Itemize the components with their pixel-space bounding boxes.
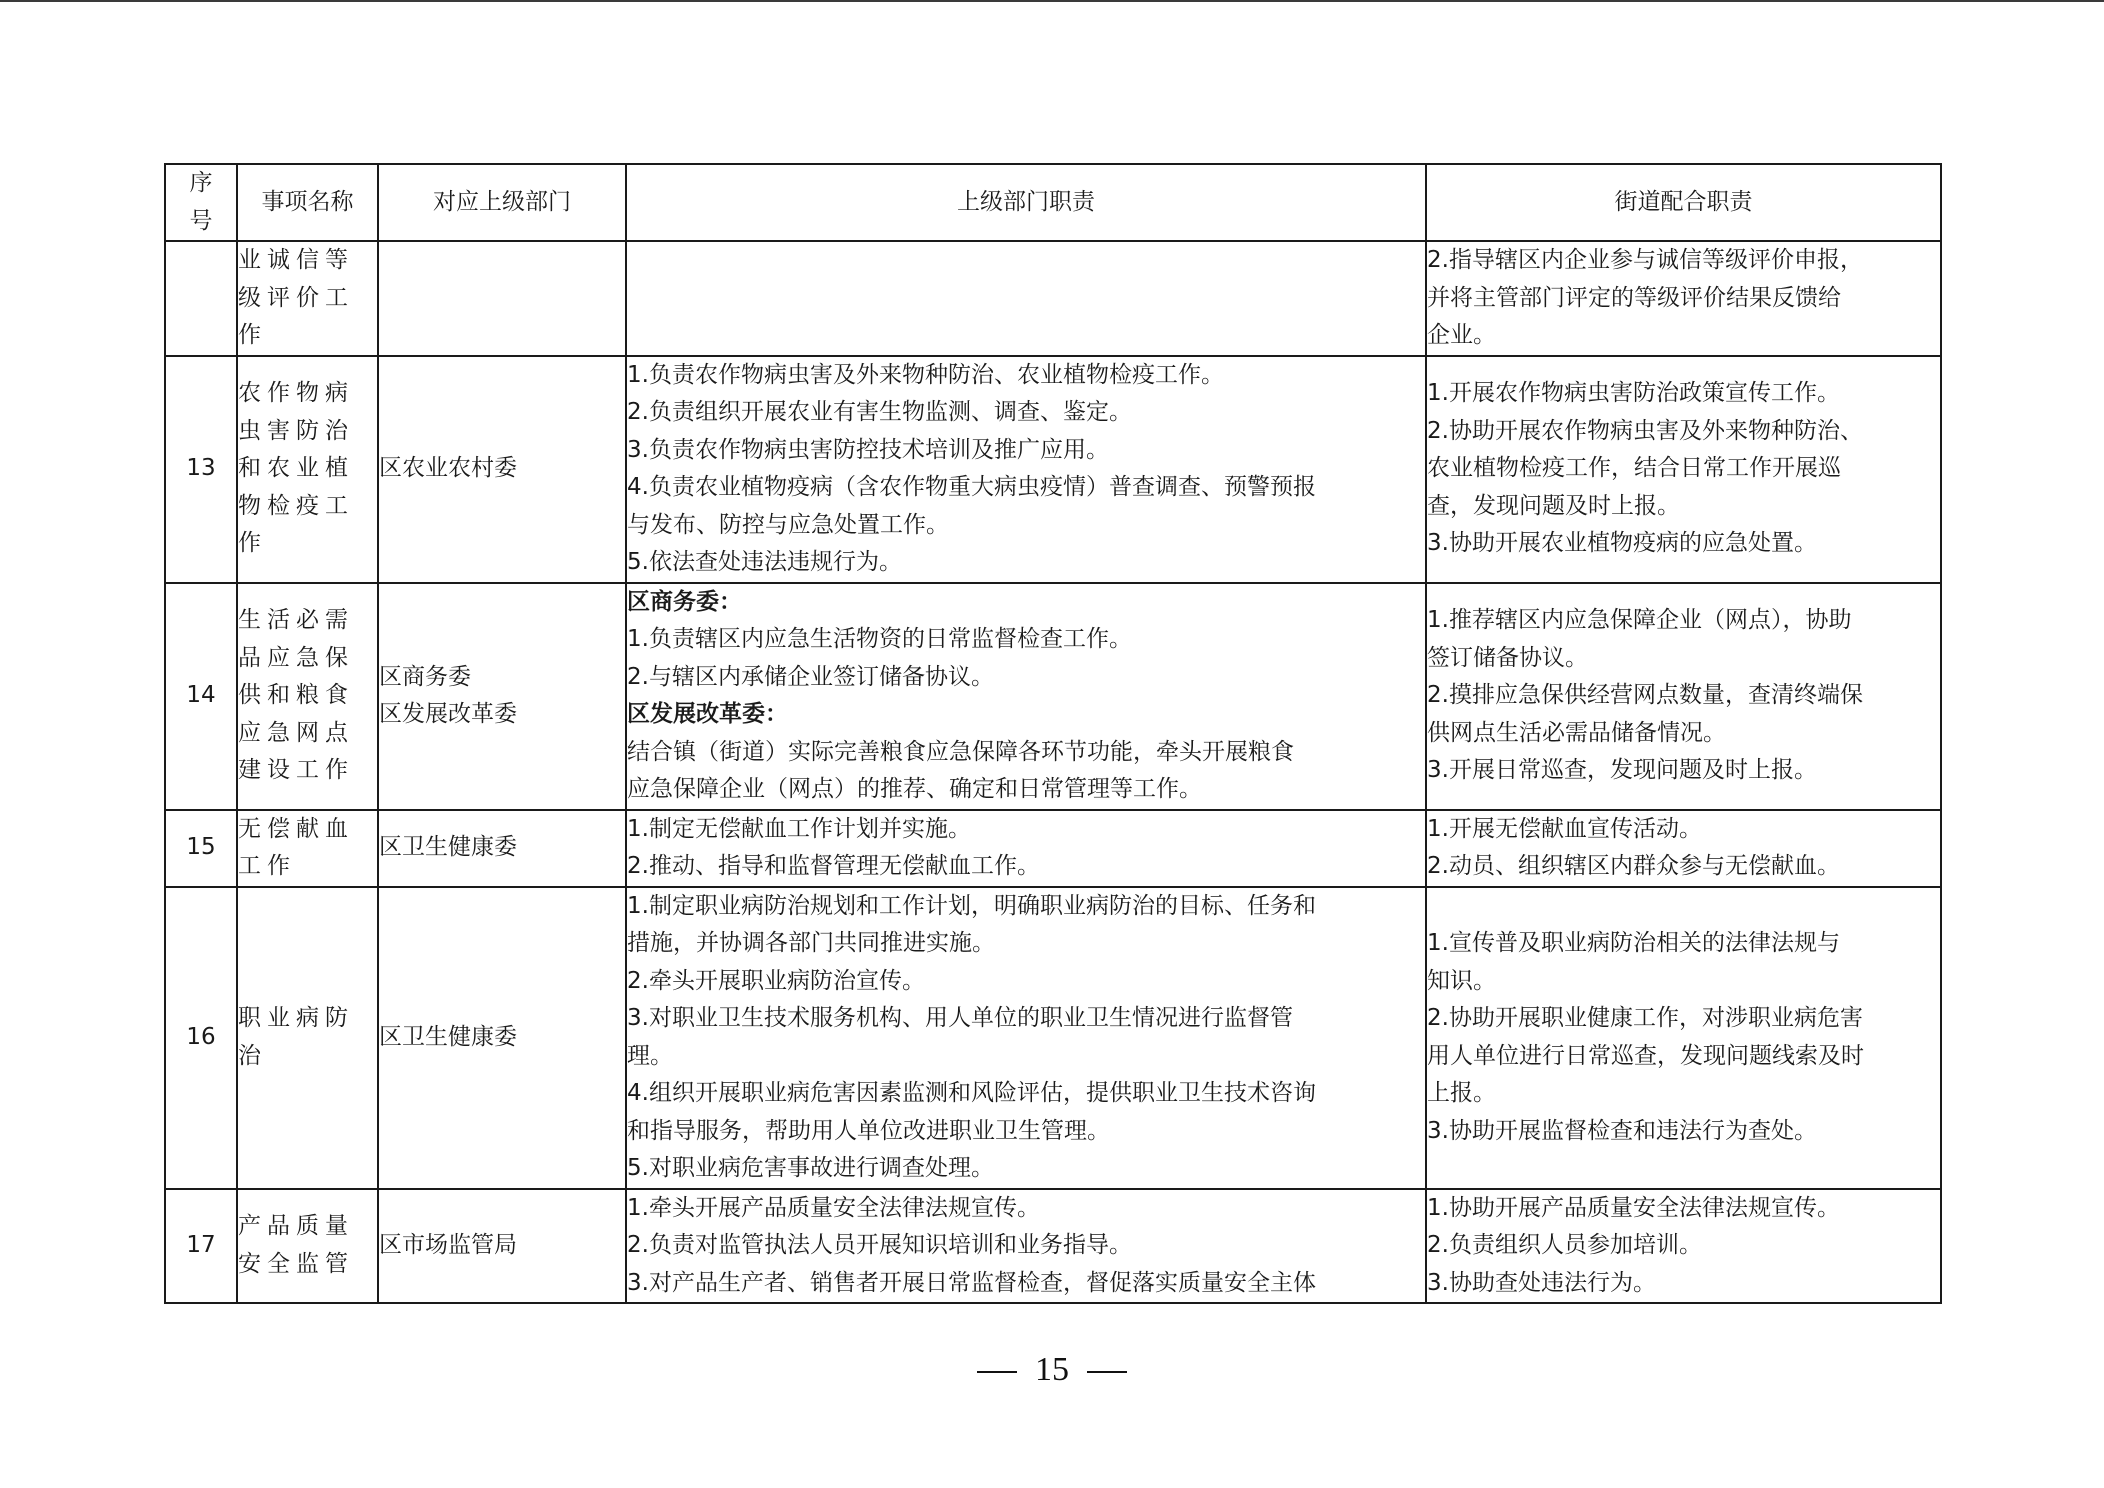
street-duty-line: 2.动员、组织辖区内群众参与无偿献血。 [1427,848,1940,886]
item-name-line: 作 [238,525,377,563]
cell-upper-dept [378,241,626,356]
dept-line: 区市场监管局 [379,1227,625,1265]
item-name-line: 无偿献血 [238,811,377,849]
cell-item-name: 农作物病 虫害防治 和农业植 物检疫工 作 [237,356,378,583]
cell-upper-duty: 1.负责农作物病虫害及外来物种防治、农业植物检疫工作。 2.负责组织开展农业有害… [626,356,1426,583]
street-duty-line: 1.协助开展产品质量安全法律法规宣传。 [1427,1190,1940,1228]
table-row: 13 农作物病 虫害防治 和农业植 物检疫工 作 区农业农村委 1.负责农作物病… [165,356,1941,583]
cell-item-name: 生活必需 品应急保 供和粮食 应急网点 建设工作 [237,583,378,810]
upper-duty-line: 2.牵头开展职业病防治宣传。 [627,963,1425,1001]
street-duty-line: 3.开展日常巡查，发现问题及时上报。 [1427,752,1940,790]
cell-upper-duty: 1.制定职业病防治规划和工作计划，明确职业病防治的目标、任务和 措施，并协调各部… [626,887,1426,1189]
cell-street-duty: 1.开展农作物病虫害防治政策宣传工作。 2.协助开展农作物病虫害及外来物种防治、… [1426,356,1941,583]
street-duty-line: 2.协助开展农作物病虫害及外来物种防治、 [1427,413,1940,451]
item-name-line: 生活必需 [238,602,377,640]
upper-duty-line: 4.组织开展职业病危害因素监测和风险评估，提供职业卫生技术咨询 [627,1075,1425,1113]
street-duty-line: 3.协助开展农业植物疫病的应急处置。 [1427,525,1940,563]
duty-table: 序 号 事项名称 对应上级部门 上级部门职责 街道配合职责 业诚信等 级评价工 … [164,163,1942,1304]
street-duty-line: 2.指导辖区内企业参与诚信等级评价申报， [1427,242,1940,280]
cell-upper-dept: 区商务委 区发展改革委 [378,583,626,810]
upper-duty-line: 5.依法查处违法违规行为。 [627,544,1425,582]
item-name-line: 虫害防治 [238,413,377,451]
upper-duty-line: 1.制定职业病防治规划和工作计划，明确职业病防治的目标、任务和 [627,888,1425,926]
upper-duty-subheading: 区发展改革委： [627,696,1425,734]
item-name-line: 农作物病 [238,375,377,413]
page-number-dash-right [1087,1371,1127,1373]
dept-line: 区卫生健康委 [379,829,625,867]
cell-upper-dept: 区农业农村委 [378,356,626,583]
street-duty-line: 3.协助查处违法行为。 [1427,1265,1940,1303]
cell-upper-duty: 区商务委： 1.负责辖区内应急生活物资的日常监督检查工作。 2.与辖区内承储企业… [626,583,1426,810]
upper-duty-line: 和指导服务，帮助用人单位改进职业卫生管理。 [627,1113,1425,1151]
cell-seq [165,241,237,356]
item-name-line: 治 [238,1038,377,1076]
header-seq-line1: 序 [166,165,236,203]
item-name-line: 安全监管 [238,1246,377,1284]
upper-duty-line: 2.负责组织开展农业有害生物监测、调查、鉴定。 [627,394,1425,432]
item-name-line: 产品质量 [238,1208,377,1246]
street-duty-line: 2.协助开展职业健康工作，对涉职业病危害 [1427,1000,1940,1038]
header-item-name: 事项名称 [237,164,378,241]
cell-item-name: 无偿献血 工作 [237,810,378,887]
upper-duty-line: 理。 [627,1038,1425,1076]
table-header-row: 序 号 事项名称 对应上级部门 上级部门职责 街道配合职责 [165,164,1941,241]
cell-item-name: 职业病防 治 [237,887,378,1189]
cell-street-duty: 1.协助开展产品质量安全法律法规宣传。 2.负责组织人员参加培训。 3.协助查处… [1426,1189,1941,1304]
cell-street-duty: 1.推荐辖区内应急保障企业（网点），协助 签订储备协议。 2.摸排应急保供经营网… [1426,583,1941,810]
upper-duty-line: 1.负责农作物病虫害及外来物种防治、农业植物检疫工作。 [627,357,1425,395]
street-duty-line: 上报。 [1427,1075,1940,1113]
table-row: 业诚信等 级评价工 作 2.指导辖区内企业参与诚信等级评价申报， 并将主管部门评… [165,241,1941,356]
cell-item-name: 产品质量 安全监管 [237,1189,378,1304]
item-name-line: 级评价工 [238,280,377,318]
cell-seq: 16 [165,887,237,1189]
street-duty-line: 签订储备协议。 [1427,640,1940,678]
upper-duty-line: 1.牵头开展产品质量安全法律法规宣传。 [627,1190,1425,1228]
street-duty-line: 用人单位进行日常巡查，发现问题线索及时 [1427,1038,1940,1076]
street-duty-line: 1.推荐辖区内应急保障企业（网点），协助 [1427,602,1940,640]
table-row: 15 无偿献血 工作 区卫生健康委 1.制定无偿献血工作计划并实施。 2.推动、… [165,810,1941,887]
upper-duty-line: 3.对职业卫生技术服务机构、用人单位的职业卫生情况进行监督管 [627,1000,1425,1038]
cell-street-duty: 1.宣传普及职业病防治相关的法律法规与 知识。 2.协助开展职业健康工作，对涉职… [1426,887,1941,1189]
header-seq-line2: 号 [166,203,236,241]
street-duty-line: 供网点生活必需品储备情况。 [1427,715,1940,753]
page-number: 15 [0,1351,2104,1389]
street-duty-line: 1.开展农作物病虫害防治政策宣传工作。 [1427,375,1940,413]
table-row: 16 职业病防 治 区卫生健康委 1.制定职业病防治规划和工作计划，明确职业病防… [165,887,1941,1189]
upper-duty-line: 与发布、防控与应急处置工作。 [627,507,1425,545]
header-street-duty: 街道配合职责 [1426,164,1941,241]
item-name-line: 品应急保 [238,640,377,678]
cell-seq: 14 [165,583,237,810]
page-number-value: 15 [1035,1351,1069,1388]
street-duty-line: 3.协助开展监督检查和违法行为查处。 [1427,1113,1940,1151]
header-upper-duty: 上级部门职责 [626,164,1426,241]
upper-duty-line: 1.制定无偿献血工作计划并实施。 [627,811,1425,849]
upper-duty-line: 2.推动、指导和监督管理无偿献血工作。 [627,848,1425,886]
item-name-line: 作 [238,317,377,355]
upper-duty-line: 措施，并协调各部门共同推进实施。 [627,925,1425,963]
street-duty-line: 企业。 [1427,317,1940,355]
cell-seq: 13 [165,356,237,583]
cell-upper-duty: 1.牵头开展产品质量安全法律法规宣传。 2.负责对监管执法人员开展知识培训和业务… [626,1189,1426,1304]
top-border-rule [0,0,2104,2]
street-duty-line: 查，发现问题及时上报。 [1427,488,1940,526]
cell-seq: 17 [165,1189,237,1304]
upper-duty-line: 结合镇（街道）实际完善粮食应急保障各环节功能，牵头开展粮食 [627,734,1425,772]
dept-line: 区卫生健康委 [379,1019,625,1057]
upper-duty-line: 3.对产品生产者、销售者开展日常监督检查，督促落实质量安全主体 [627,1265,1425,1303]
street-duty-line: 农业植物检疫工作，结合日常工作开展巡 [1427,450,1940,488]
cell-item-name: 业诚信等 级评价工 作 [237,241,378,356]
street-duty-line: 1.开展无偿献血宣传活动。 [1427,811,1940,849]
upper-duty-line: 应急保障企业（网点）的推荐、确定和日常管理等工作。 [627,771,1425,809]
cell-upper-duty [626,241,1426,356]
street-duty-line: 并将主管部门评定的等级评价结果反馈给 [1427,280,1940,318]
cell-upper-dept: 区卫生健康委 [378,887,626,1189]
cell-upper-duty: 1.制定无偿献血工作计划并实施。 2.推动、指导和监督管理无偿献血工作。 [626,810,1426,887]
item-name-line: 业诚信等 [238,242,377,280]
upper-duty-line: 5.对职业病危害事故进行调查处理。 [627,1150,1425,1188]
table-row: 17 产品质量 安全监管 区市场监管局 1.牵头开展产品质量安全法律法规宣传。 … [165,1189,1941,1304]
upper-duty-line: 2.与辖区内承储企业签订储备协议。 [627,659,1425,697]
item-name-line: 建设工作 [238,752,377,790]
item-name-line: 应急网点 [238,715,377,753]
street-duty-line: 2.负责组织人员参加培训。 [1427,1227,1940,1265]
item-name-line: 工作 [238,848,377,886]
item-name-line: 物检疫工 [238,488,377,526]
cell-upper-dept: 区市场监管局 [378,1189,626,1304]
street-duty-line: 1.宣传普及职业病防治相关的法律法规与 [1427,925,1940,963]
dept-line: 区商务委 [379,659,625,697]
dept-line: 区发展改革委 [379,696,625,734]
item-name-line: 职业病防 [238,1000,377,1038]
page-number-dash-left [977,1371,1017,1373]
cell-seq: 15 [165,810,237,887]
upper-duty-subheading: 区商务委： [627,584,1425,622]
cell-street-duty: 2.指导辖区内企业参与诚信等级评价申报， 并将主管部门评定的等级评价结果反馈给 … [1426,241,1941,356]
item-name-line: 供和粮食 [238,677,377,715]
upper-duty-line: 2.负责对监管执法人员开展知识培训和业务指导。 [627,1227,1425,1265]
street-duty-line: 知识。 [1427,963,1940,1001]
upper-duty-line: 1.负责辖区内应急生活物资的日常监督检查工作。 [627,621,1425,659]
item-name-line: 和农业植 [238,450,377,488]
header-upper-dept: 对应上级部门 [378,164,626,241]
street-duty-line: 2.摸排应急保供经营网点数量，查清终端保 [1427,677,1940,715]
upper-duty-line: 4.负责农业植物疫病（含农作物重大病虫疫情）普查调查、预警预报 [627,469,1425,507]
dept-line: 区农业农村委 [379,450,625,488]
upper-duty-line: 3.负责农作物病虫害防控技术培训及推广应用。 [627,432,1425,470]
cell-street-duty: 1.开展无偿献血宣传活动。 2.动员、组织辖区内群众参与无偿献血。 [1426,810,1941,887]
cell-upper-dept: 区卫生健康委 [378,810,626,887]
header-seq: 序 号 [165,164,237,241]
table-row: 14 生活必需 品应急保 供和粮食 应急网点 建设工作 区商务委 区发展改革委 … [165,583,1941,810]
